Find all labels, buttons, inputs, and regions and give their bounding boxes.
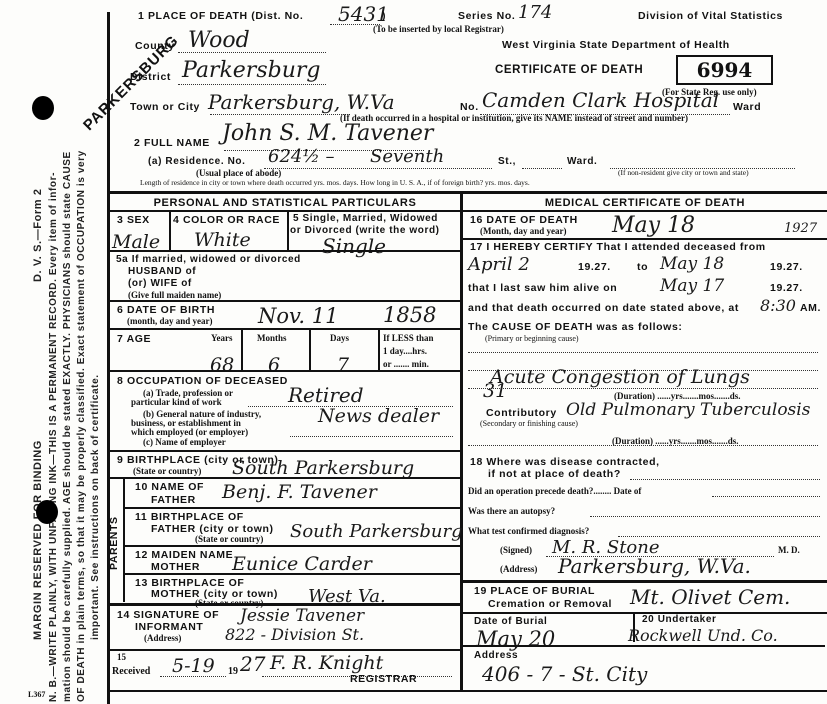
divider [287, 210, 289, 250]
form-border-bottom [110, 690, 827, 692]
father-bp-sub: (State or country) [195, 534, 263, 544]
divider [309, 328, 311, 370]
dob-value: Nov. 11 [258, 304, 338, 328]
death-time-label: and that death occurred on date stated a… [468, 302, 739, 314]
received-year-prefix: 19 [228, 666, 238, 677]
mother-label-1: 12 MAIDEN NAME [135, 549, 233, 561]
undertaker-value: Rockwell Und. Co. [628, 626, 778, 645]
ward-label: Ward [733, 101, 761, 113]
divider [463, 210, 827, 212]
cause-label: The CAUSE OF DEATH was as follows: [468, 321, 682, 333]
years-label: Years [211, 333, 233, 343]
town-value: Parkersburg, W.Va [208, 90, 395, 114]
divider [110, 328, 460, 330]
dotted-line [590, 516, 820, 517]
burial-date-value: May 20 [476, 627, 555, 651]
to-label: to [637, 261, 648, 273]
divider [463, 580, 827, 583]
informant-value: Jessie Tavener [240, 606, 364, 626]
section-divider [110, 191, 827, 194]
personal-section-title: PERSONAL AND STATISTICAL PARTICULARS [110, 197, 460, 209]
signed-label: (Signed) [500, 545, 532, 555]
dob-sub: (month, day and year) [127, 316, 213, 326]
occ-b-value: News dealer [318, 405, 439, 427]
md-label: M. D. [778, 545, 800, 555]
q18-label-2: if not at place of death? [488, 468, 621, 480]
cause-duration-value: 31 [483, 380, 507, 402]
series-label: Series No. [458, 10, 515, 22]
dotted-line [178, 84, 326, 85]
local-registrar-note: (To be inserted by local Registrar) [373, 24, 504, 34]
length-residence: Length of residence in city or town wher… [140, 178, 530, 187]
occ-c-label: (c) Name of employer [143, 437, 226, 447]
occ-b-label-3: which employed (or employer) [131, 427, 248, 437]
race-label: 4 COLOR OR RACE [173, 214, 280, 226]
dotted-line [178, 52, 326, 53]
undertaker-address-value: 406 - 7 - St. City [482, 662, 647, 686]
undertaker-address-label: Address [474, 650, 518, 661]
divider [463, 645, 825, 647]
burial-label-1: 19 PLACE OF BURIAL [474, 585, 595, 597]
county-label: County [135, 40, 175, 52]
institution-value: Camden Clark Hospital [482, 88, 719, 112]
ward-label-residence: Ward. [567, 156, 597, 167]
burial-value: Mt. Olivet Cem. [630, 585, 790, 609]
divider [378, 328, 380, 370]
burial-date-label: Date of Burial [474, 616, 547, 627]
age-label: 7 AGE [117, 333, 151, 345]
occ-a-value: Retired [288, 383, 364, 407]
undertaker-label: 20 Undertaker [642, 614, 717, 625]
state-reg-number: 6994 [676, 55, 773, 85]
county-value: Wood [188, 28, 250, 53]
district-value: Parkersburg [182, 58, 320, 83]
father-value: Benj. F. Tavener [222, 481, 377, 503]
race-value: White [194, 229, 251, 251]
binding-hole-icon [32, 96, 54, 120]
sex-label: 3 SEX [117, 214, 150, 226]
burial-label-2: Cremation or Removal [488, 598, 612, 610]
months-label: Months [257, 333, 287, 343]
dotted-line [630, 479, 820, 480]
form-code: L367 [28, 690, 45, 699]
physician-address-value: Parkersburg, W.Va. [558, 554, 751, 578]
attended-from-value: April 2 [468, 254, 530, 275]
form-border-left [107, 12, 110, 704]
age-years-value: 68 [210, 354, 234, 376]
divider [110, 300, 460, 302]
divider [110, 477, 460, 479]
age-months-value: 6 [268, 354, 280, 376]
divider [110, 250, 460, 252]
center-divider [460, 191, 463, 691]
spouse-label-2: HUSBAND of [128, 266, 196, 277]
father-label-1: 10 NAME OF [135, 481, 204, 493]
informant-label-2: INFORMANT [135, 621, 203, 633]
certify-text: 17 I HEREBY CERTIFY That I attended dece… [470, 241, 766, 253]
dotted-line [712, 496, 820, 497]
medical-section-title: MEDICAL CERTIFICATE OF DEATH [463, 197, 827, 209]
less-label-1: If LESS than [383, 333, 434, 343]
dod-value: May 18 [612, 213, 695, 238]
dob-year-value: 1858 [383, 303, 436, 327]
divider [169, 210, 171, 250]
instruction-line-4: important. See instructions on back of c… [90, 374, 101, 640]
marital-value: Single [322, 234, 386, 258]
usual-abode-note: (Usual place of abode) [196, 168, 281, 178]
dod-sub: (Month, day and year) [480, 226, 567, 236]
father-label-2: FATHER [151, 494, 196, 506]
dotted-line [264, 168, 492, 169]
cause-sub: (Primary or beginning cause) [485, 334, 579, 343]
dotted-line [468, 352, 818, 353]
attended-from-year: 19.27. [578, 261, 611, 273]
divider [110, 210, 460, 212]
full-name-label: 2 FULL NAME [134, 137, 210, 149]
informant-label-3: (Address) [144, 633, 181, 643]
received-num: 15 [117, 652, 126, 662]
contributory-sub: (Secondary or finishing cause) [480, 419, 578, 428]
mother-label-2: MOTHER [151, 561, 200, 573]
days-label: Days [330, 333, 349, 343]
place-of-death-label: 1 PLACE OF DEATH (Dist. No. [138, 10, 303, 22]
last-saw-year: 19.27. [770, 282, 803, 294]
divider [110, 370, 460, 372]
contributory-label: Contributory [486, 407, 557, 419]
attended-to-value: May 18 [660, 254, 724, 274]
paren-close: ) [382, 10, 386, 22]
divider [110, 450, 460, 452]
residence-no-value: 624½ – [268, 146, 335, 167]
registrar-label: REGISTRAR [350, 673, 417, 685]
street-label: St., [498, 156, 516, 167]
dotted-line [468, 388, 818, 389]
instruction-line-3: OF DEATH in plain terms, so that it may … [76, 150, 87, 702]
certificate-title: CERTIFICATE OF DEATH [495, 64, 643, 76]
last-saw-label: that I last saw him alive on [468, 282, 617, 294]
dob-label: 6 DATE OF BIRTH [117, 304, 215, 316]
received-date-value: 5-19 [172, 655, 215, 677]
full-name-value: John S. M. Tavener [222, 121, 433, 146]
birthplace-sub: (State or country) [133, 466, 201, 476]
dotted-line [210, 114, 350, 115]
informant-address-value: 822 - Division St. [225, 625, 364, 644]
operation-label: Did an operation precede death?........ … [468, 486, 641, 496]
occupation-label: 8 OCCUPATION OF DECEASED [117, 375, 288, 387]
parents-label: PARENTS [108, 516, 120, 570]
contributory-value: Old Pulmonary Tuberculosis [566, 400, 810, 420]
dotted-line [160, 676, 226, 677]
test-label: What test confirmed diagnosis? [468, 526, 589, 536]
divider [241, 328, 243, 370]
divider [123, 477, 125, 602]
received-label: Received [112, 666, 150, 677]
instruction-line-1: N. B.—WRITE PLAINLY, WITH UNFADING INK—T… [48, 172, 59, 702]
dotted-line [290, 436, 453, 437]
divider [463, 238, 827, 240]
duration-label-2: (Duration) ......yrs.......mos.......ds. [612, 436, 739, 446]
residence-street-value: Seventh [370, 146, 444, 167]
received-year-value: 27 [240, 652, 265, 676]
dod-year-value: 1927 [784, 221, 817, 236]
father-bp-label-1: 11 BIRTHPLACE OF [135, 511, 244, 523]
divider [123, 507, 460, 509]
series-no-value: 174 [518, 2, 552, 23]
death-ampm: AM. [800, 302, 821, 314]
residence-label: (a) Residence. No. [148, 156, 246, 167]
less-label-3: or ....... min. [383, 359, 429, 369]
death-time-value: 8:30 [760, 296, 796, 315]
divider [110, 649, 460, 651]
spouse-label-3: (or) WIFE of [128, 278, 192, 289]
father-bp-value: South Parkersburg [290, 521, 463, 542]
divider [123, 545, 460, 547]
margin-reserved-note: MARGIN RESERVED FOR BINDING [32, 440, 44, 640]
informant-label-1: 14 SIGNATURE OF [117, 609, 219, 621]
form-id: D. V. S.—Form 2 [32, 188, 44, 282]
autopsy-label: Was there an autopsy? [468, 506, 555, 516]
mother-value: Eunice Carder [232, 553, 372, 575]
town-label: Town or City [130, 101, 200, 113]
last-saw-value: May 17 [660, 276, 724, 296]
less-label-2: 1 day....hrs. [383, 346, 427, 356]
q18-label-1: 18 Where was disease contracted, [470, 456, 660, 468]
spouse-label-4: (Give full maiden name) [128, 290, 221, 300]
division-title: Division of Vital Statistics [638, 10, 783, 22]
instruction-line-2: mation should be carefully supplied. AGE… [62, 151, 73, 702]
occ-a-label-2: particular kind of work [131, 397, 222, 407]
dotted-line [522, 168, 562, 169]
cause-value: Acute Congestion of Lungs [490, 366, 750, 388]
registrar-signature: F. R. Knight [270, 652, 383, 674]
birthplace-value: South Parkersburg [232, 457, 414, 479]
marital-label-1: 5 Single, Married, Widowed [293, 213, 438, 224]
nonresident-note: (If non-resident give city or town and s… [618, 168, 749, 177]
address-label: (Address) [500, 564, 537, 574]
spouse-label-1: 5a If married, widowed or divorced [116, 254, 301, 265]
binding-hole-icon [36, 500, 58, 524]
age-days-value: 7 [337, 354, 349, 376]
divider [123, 573, 460, 575]
dod-label: 16 DATE OF DEATH [470, 214, 578, 226]
no-label: No. [460, 101, 479, 113]
attended-to-year: 19.27. [770, 261, 803, 273]
department-title: West Virginia State Department of Health [502, 39, 730, 51]
district-label: District [130, 71, 171, 83]
